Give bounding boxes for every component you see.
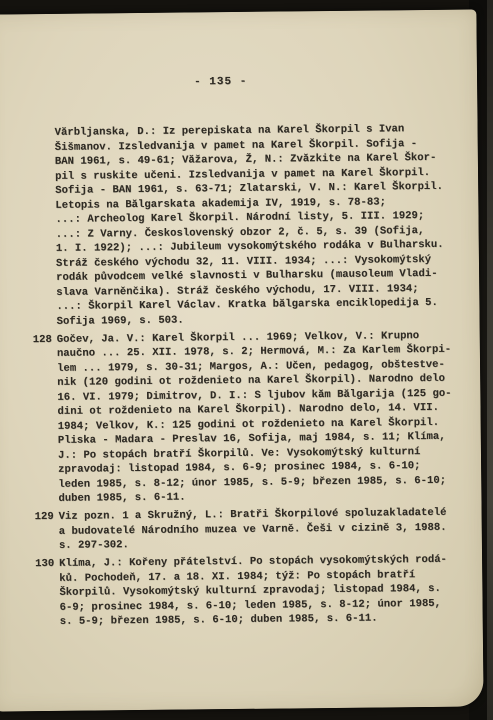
bibliography-entry-128: 128Gočev, Ja. V.: Karel Škorpil ... 1969… (57, 328, 459, 506)
entry-number: 129 (35, 510, 54, 525)
text-line: s. 297-302. (59, 535, 459, 554)
scan-background: { "page": { "page_number": "- 135 -", "p… (0, 0, 493, 720)
page-number: - 135 - (194, 76, 247, 89)
bibliography-entry-129: 129Viz pozn. 1 a Skružný, L.: Bratři Ško… (59, 506, 459, 554)
text-line: s. 5-9; březen 1985, s. 6-10; duben 1985… (60, 611, 460, 630)
text-line: duben 1985, s. 6-11. (58, 488, 458, 507)
bibliography-entry-130: 130Klíma, J.: Kořeny přátelství. Po stop… (59, 553, 460, 630)
bibliography-entry-continuation: Vărbljanska, D.: Iz perepiskata na Karel… (55, 122, 457, 329)
entry-number: 130 (35, 557, 54, 572)
scanned-page: - 135 - Vărbljanska, D.: Iz perepiskata … (0, 9, 484, 711)
bibliography-text: Vărbljanska, D.: Iz perepiskata na Karel… (55, 122, 460, 633)
scan-edge-highlight (487, 0, 493, 720)
entry-number: 128 (33, 332, 52, 347)
